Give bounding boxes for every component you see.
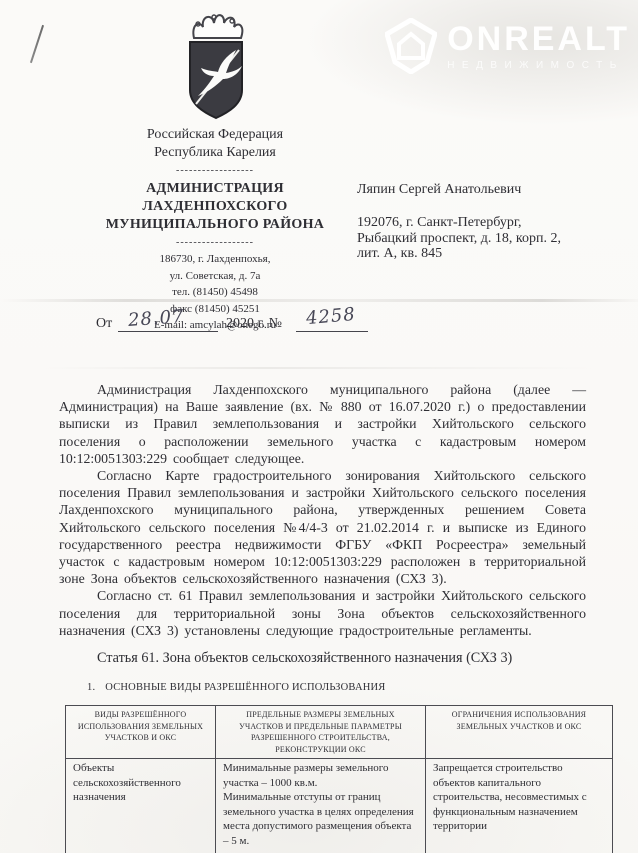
section-heading: 1.ОСНОВНЫЕ ВИДЫ РАЗРЕШЁННОГО ИСПОЛЬЗОВАН…	[87, 682, 586, 693]
body-paragraph: Администрация Лахденпохского муниципальн…	[59, 381, 586, 467]
cell-use-restrictions: Запрещается строительство объектов капит…	[426, 759, 613, 853]
body-paragraph: Согласно ст. 61 Правил землепользования …	[59, 587, 586, 639]
letterhead: Российская Федерация Республика Карелия …	[58, 126, 372, 333]
handwritten-number: 4258	[305, 304, 356, 329]
table-header-limits-parameters: ПРЕДЕЛЬНЫЕ РАЗМЕРЫ ЗЕМЕЛЬНЫХ УЧАСТКОВ И …	[216, 706, 426, 759]
handwritten-date: 28.07	[127, 306, 185, 331]
ref-from-label: От	[96, 316, 112, 332]
section-title: ОСНОВНЫЕ ВИДЫ РАЗРЕШЁННОГО ИСПОЛЬЗОВАНИЯ	[105, 682, 385, 693]
recipient-name: Ляпин Сергей Анатольевич	[357, 182, 607, 198]
cell-permitted-use: Объекты сельскохозяйственного назначения	[66, 759, 216, 853]
org-name-line1: АДМИНИСТРАЦИЯ	[58, 180, 372, 198]
cell-limits-parameters: Минимальные размеры земельного участка –…	[216, 759, 426, 853]
recipient-address-line: лит. А, кв. 845	[357, 246, 607, 262]
org-name-line3: МУНИЦИПАЛЬНОГО РАЙОНА	[58, 216, 372, 234]
ref-year-number-label: 2020 г. №	[226, 316, 282, 332]
table-row: Объекты сельскохозяйственного назначения…	[66, 759, 613, 853]
land-use-regulations-table: ВИДЫ РАЗРЕШЁННОГО ИСПОЛЬЗОВАНИЯ ЗЕМЕЛЬНЫ…	[65, 705, 613, 853]
org-street-address: ул. Советская, д. 7а	[58, 270, 372, 284]
letterhead-divider: ------------------	[58, 164, 372, 178]
table-header-permitted-uses: ВИДЫ РАЗРЕШЁННОГО ИСПОЛЬЗОВАНИЯ ЗЕМЕЛЬНЫ…	[66, 706, 216, 759]
table-header-row: ВИДЫ РАЗРЕШЁННОГО ИСПОЛЬЗОВАНИЯ ЗЕМЕЛЬНЫ…	[66, 706, 613, 759]
article-heading: Статья 61. Зона объектов сельскохозяйств…	[59, 650, 586, 667]
section-number: 1.	[87, 682, 95, 693]
onrealt-watermark: ONREALT НЕДВИЖИМОСТЬ	[385, 18, 630, 74]
table-header-use-restrictions: ОГРАНИЧЕНИЯ ИСПОЛЬЗОВАНИЯ ЗЕМЕЛЬНЫХ УЧАС…	[426, 706, 613, 759]
pen-mark-artifact	[30, 25, 44, 64]
org-postal-address: 186730, г. Лахденпохья,	[58, 253, 372, 267]
letterhead-country: Российская Федерация	[58, 126, 372, 144]
watermark-brand: ONREALT	[447, 22, 630, 56]
letterhead-region: Республика Карелия	[58, 144, 372, 162]
letter-body: Администрация Лахденпохского муниципальн…	[59, 381, 586, 853]
scanned-letter-page: ONREALT НЕДВИЖИМОСТЬ Российская Федераци…	[0, 0, 638, 853]
org-name-line2: ЛАХДЕНПОХСКОГО	[58, 198, 372, 216]
letterhead-divider: ------------------	[58, 236, 372, 250]
reference-line: От 28.07 2020 г. № 4258	[96, 310, 396, 338]
org-phone: тел. (81450) 45498	[58, 286, 372, 300]
recipient-block: Ляпин Сергей Анатольевич 192076, г. Санк…	[357, 182, 607, 262]
watermark-subtext: НЕДВИЖИМОСТЬ	[447, 60, 630, 71]
recipient-address-line: 192076, г. Санкт-Петербург,	[357, 215, 607, 231]
coat-of-arms	[176, 12, 256, 124]
onrealt-house-icon	[385, 18, 437, 74]
body-paragraph: Согласно Карте градостроительного зониро…	[59, 467, 586, 587]
recipient-address-line: Рыбацкий проспект, д. 18, корп. 2,	[357, 231, 607, 247]
scan-streak	[40, 367, 600, 369]
